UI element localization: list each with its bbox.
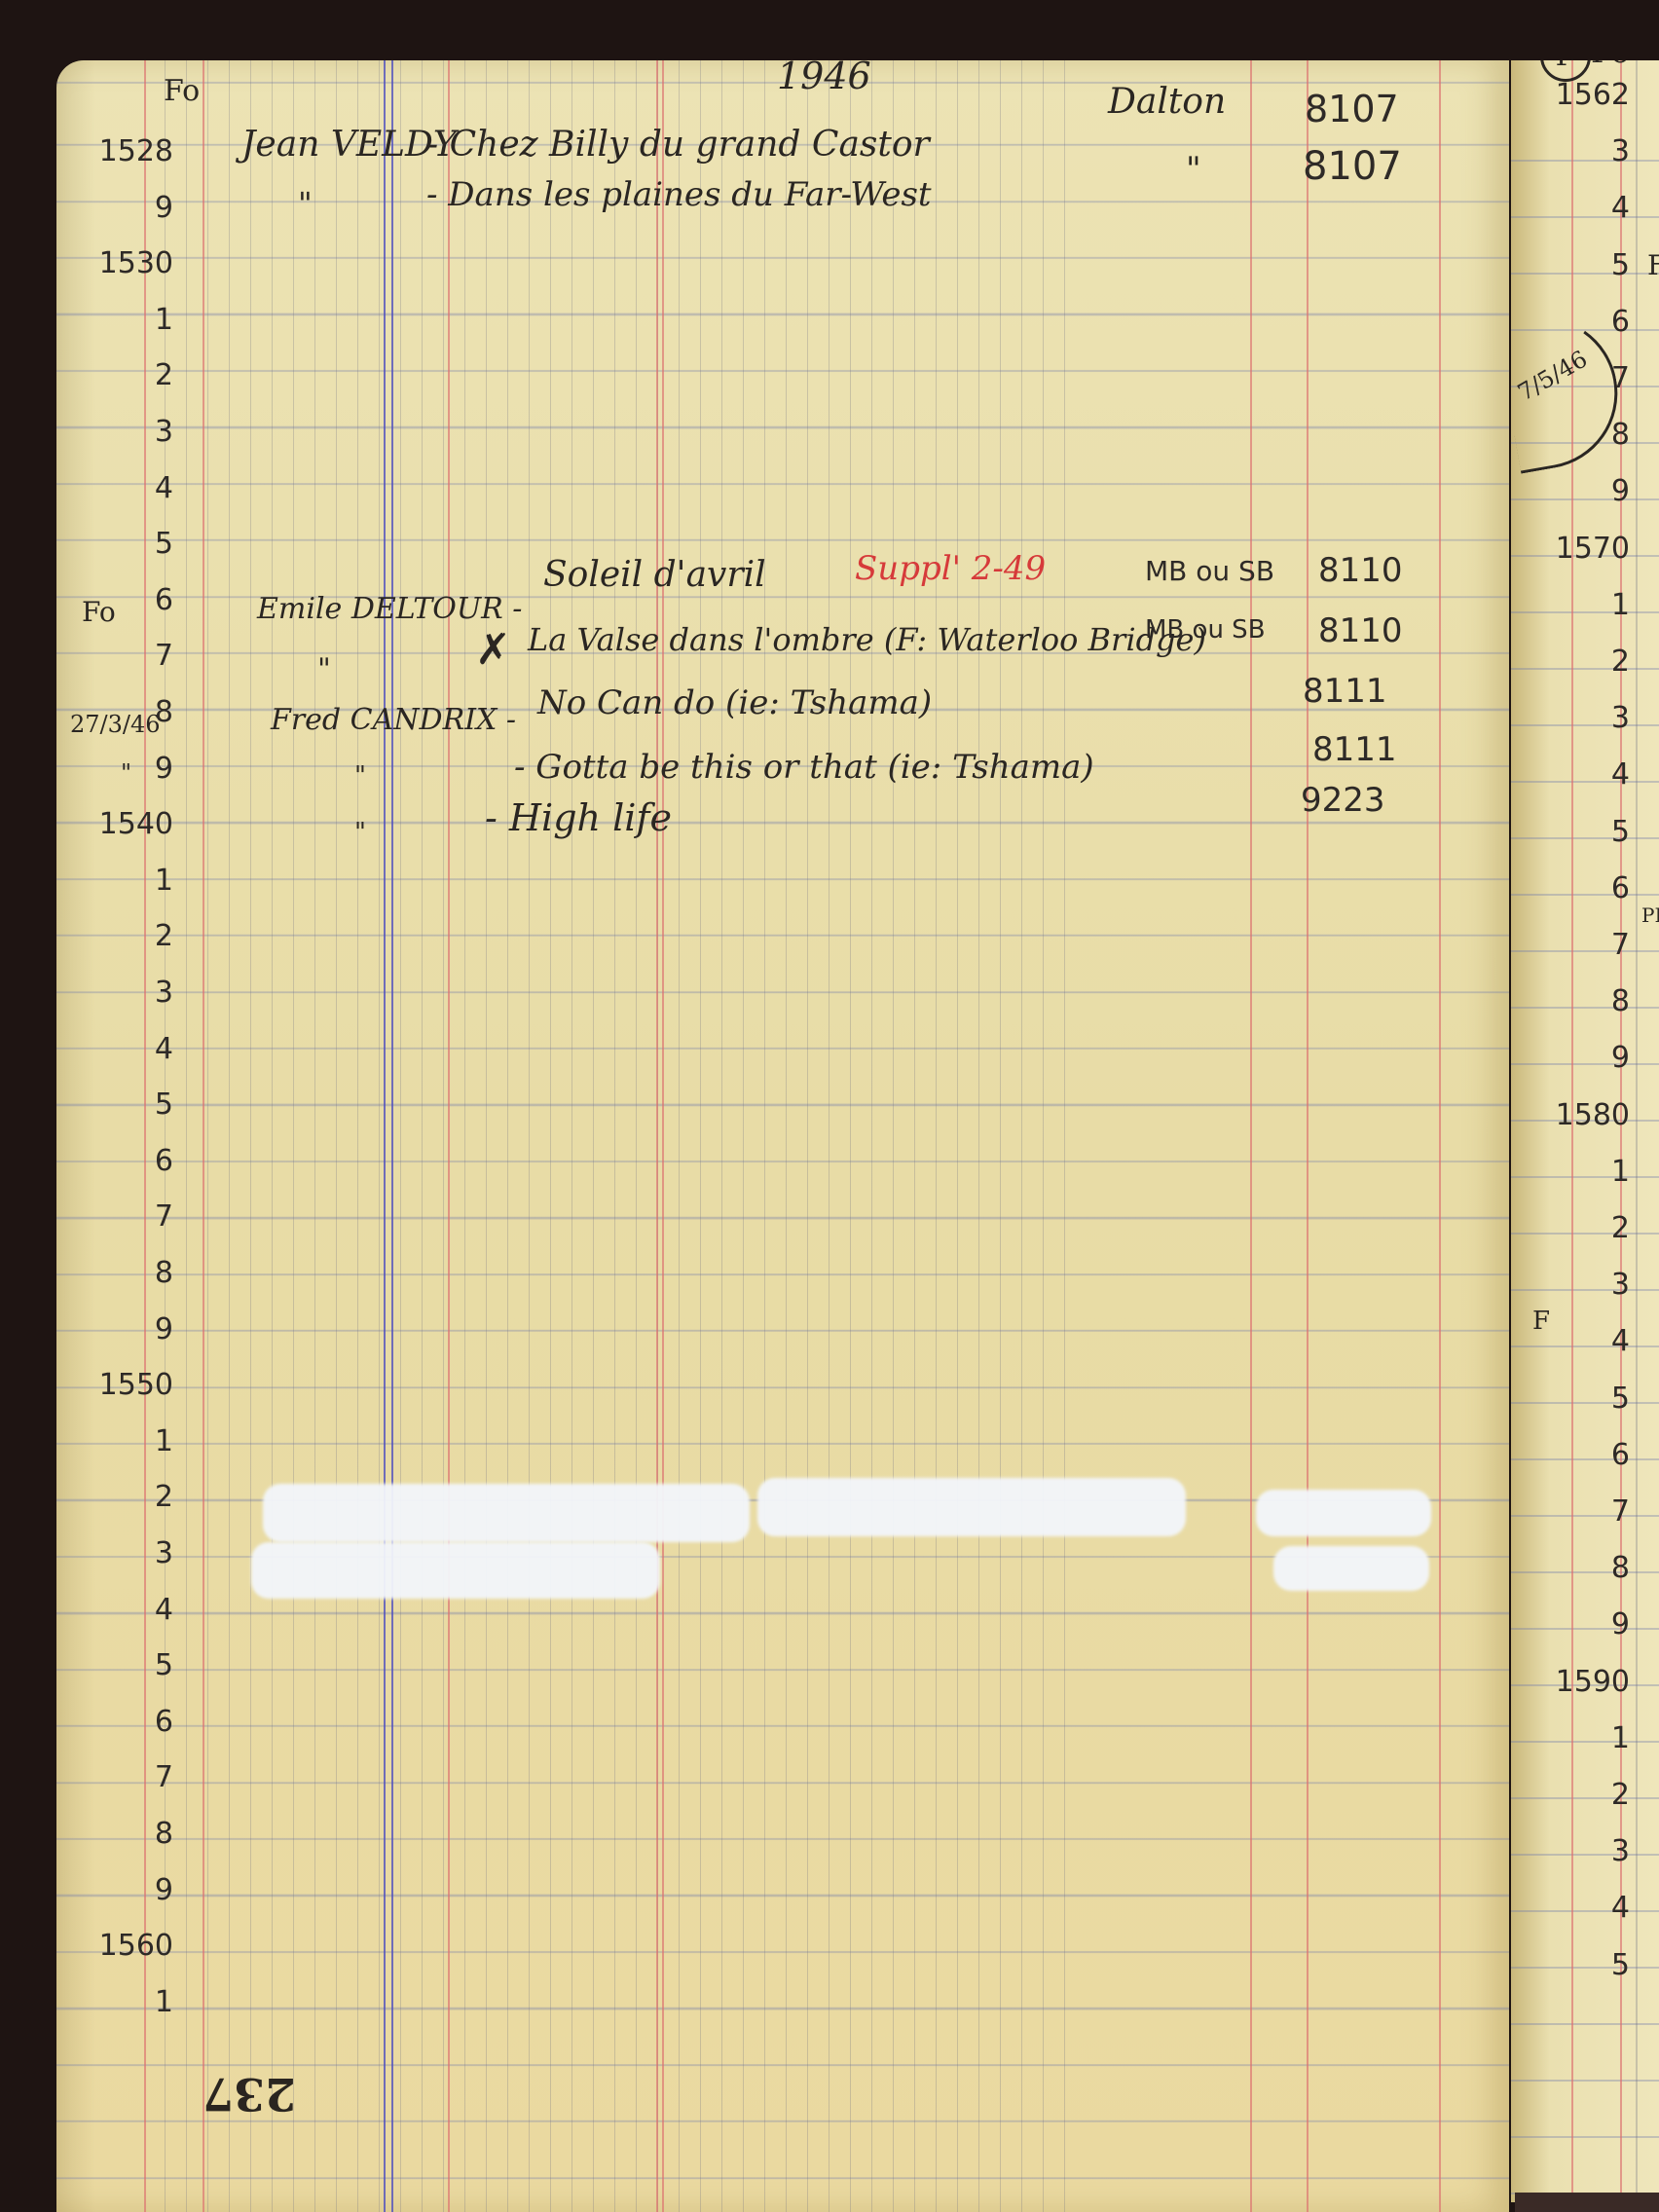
- entry-ref: 8111: [1303, 672, 1387, 711]
- entry-ref: 9223: [1301, 781, 1385, 820]
- row-number: 4: [86, 471, 173, 505]
- entry-author: ": [354, 818, 366, 847]
- row-number: 9: [1542, 474, 1630, 508]
- struck-fo-mark: Fo: [1591, 60, 1630, 70]
- entry-ref: 8111: [1312, 730, 1397, 769]
- column-rule: [662, 60, 664, 2212]
- row-number: 6: [1542, 1438, 1630, 1472]
- entry-publisher: MB ou SB: [1145, 555, 1274, 587]
- entry-publisher: Dalton: [1108, 82, 1226, 122]
- row-number: 5: [1542, 815, 1630, 849]
- row-number: 3: [1542, 1268, 1630, 1302]
- year-heading: 1946: [777, 60, 871, 97]
- column-rule-blue: [384, 60, 386, 2212]
- row-number: 4: [1542, 191, 1630, 225]
- correction-fluid-redaction: [251, 1542, 660, 1599]
- row-number: 7: [1542, 1494, 1630, 1529]
- left-ledger-page: Fo 1946 15289153012345678915401234567891…: [56, 60, 1509, 2212]
- entry-author: ": [354, 761, 366, 791]
- row-number: 6: [86, 1705, 173, 1739]
- row-number: 1560: [86, 1929, 173, 1963]
- row-number: 5: [86, 527, 173, 561]
- row-number: 4: [1542, 757, 1630, 792]
- row-number: 7: [1542, 361, 1630, 395]
- vertical-ruling: [144, 60, 1079, 2212]
- row-number: 1: [1542, 1155, 1630, 1189]
- row-number: 3: [86, 415, 173, 449]
- entry-publisher: MB ou SB: [1145, 615, 1266, 645]
- row-number: 2: [1542, 1211, 1630, 1245]
- row-number: 1570: [1542, 532, 1630, 566]
- row-number: 5: [1542, 1948, 1630, 1982]
- entry-ref: 8110: [1318, 611, 1403, 650]
- column-rule: [1307, 60, 1309, 2212]
- row-number: 6: [1542, 305, 1630, 339]
- row-number: 2: [1542, 645, 1630, 679]
- correction-fluid-redaction: [757, 1478, 1186, 1536]
- row-number: 3: [1542, 701, 1630, 735]
- correction-fluid-redaction: [1273, 1546, 1429, 1591]
- row-number: 6: [86, 1144, 173, 1178]
- entry-title: - Dans les plaines du Far-West: [426, 175, 932, 214]
- column-rule-blue: [391, 60, 393, 2212]
- row-number: 9: [86, 1873, 173, 1907]
- correction-fluid-redaction: [1256, 1490, 1431, 1536]
- row-number: 1: [86, 1424, 173, 1458]
- row-number: 8: [86, 1817, 173, 1851]
- row-number: 4: [86, 1593, 173, 1627]
- row-number: 1550: [86, 1368, 173, 1402]
- row-number: 3: [86, 1536, 173, 1570]
- entry-margin-note: Fo: [82, 596, 116, 628]
- row-number: 7: [86, 1760, 173, 1794]
- row-number: 8: [1542, 984, 1630, 1018]
- column-rule: [448, 60, 450, 2212]
- row-number: 5: [86, 1088, 173, 1122]
- row-number: 9: [86, 1312, 173, 1346]
- entry-title: - Chez Billy du grand Castor: [426, 125, 930, 165]
- row-number: 1: [1542, 588, 1630, 622]
- entry-author: Fred CANDRIX -: [271, 703, 516, 737]
- entry-title: Soleil d'avril: [543, 555, 766, 595]
- row-number: 9: [1542, 1041, 1630, 1075]
- row-number: 8: [1542, 418, 1630, 452]
- entry-publisher: ": [1186, 150, 1201, 189]
- right-ledger-page: F Fo 7/5/46 1562345678915701234567891580…: [1511, 60, 1659, 2202]
- row-number: 1590: [1542, 1665, 1630, 1699]
- row-number: 1: [86, 864, 173, 898]
- row-number: 1: [86, 303, 173, 337]
- row-number: 1530: [86, 246, 173, 280]
- row-number: 5: [86, 1648, 173, 1682]
- column-rule: [1250, 60, 1252, 2212]
- row-number: 4: [1542, 1324, 1630, 1358]
- correction-fluid-redaction: [263, 1484, 750, 1542]
- row-number: 3: [1542, 134, 1630, 168]
- row-number: 2: [86, 1480, 173, 1514]
- row-number: 1: [1542, 1721, 1630, 1755]
- margin-mark: F: [1647, 249, 1659, 281]
- entry-title: La Valse dans l'ombre (F: Waterloo Bridg…: [528, 621, 1206, 658]
- margin-rule: [203, 60, 204, 2212]
- row-number: 1: [86, 1985, 173, 2019]
- row-number: 3: [1542, 1834, 1630, 1868]
- entry-ref: 8107: [1305, 88, 1399, 130]
- entry-margin-note: ": [121, 759, 131, 787]
- row-number: 5: [1542, 248, 1630, 282]
- book-edge: [1515, 2193, 1659, 2212]
- row-number: 1562: [1542, 78, 1630, 112]
- row-number: 7: [86, 1199, 173, 1234]
- column-rule: [1439, 60, 1441, 2212]
- entry-ref: 8110: [1318, 551, 1403, 590]
- column-rule: [1636, 60, 1638, 2202]
- page-number-stamp: 237: [203, 2068, 296, 2120]
- entry-author: Emile DELTOUR -: [257, 592, 522, 626]
- row-number: 2: [86, 358, 173, 392]
- entry-author: ": [317, 652, 331, 686]
- entry-ref: 8107: [1303, 144, 1402, 189]
- entry-title: - Gotta be this or that (ie: Tshama): [514, 748, 1094, 787]
- margin-mark: PB: [1641, 903, 1659, 927]
- entry-author: Jean VELDY: [241, 125, 457, 165]
- entry-title: - High life: [485, 796, 672, 839]
- row-number: 5: [1542, 1382, 1630, 1416]
- check-mark-icon: ✗: [475, 625, 511, 675]
- row-number: 4: [86, 1032, 173, 1066]
- column-heading: Fo: [164, 74, 200, 108]
- row-number: 7: [1542, 928, 1630, 962]
- margin-mark: F: [1532, 1307, 1550, 1336]
- row-number: 1540: [86, 807, 173, 841]
- entry-date-note: 27/3/46: [70, 711, 161, 738]
- column-rule: [656, 60, 658, 2212]
- row-number: 9: [1542, 1607, 1630, 1641]
- row-number: 4: [1542, 1891, 1630, 1925]
- row-number: 1528: [86, 134, 173, 168]
- row-number: 1580: [1542, 1098, 1630, 1132]
- row-number: 2: [86, 919, 173, 953]
- row-number: 8: [86, 1256, 173, 1290]
- row-number: 2: [1542, 1778, 1630, 1812]
- row-number: 3: [86, 976, 173, 1010]
- row-number: 6: [1542, 871, 1630, 905]
- row-number: 7: [86, 639, 173, 673]
- entry-red-annotation: Suppl' 2-49: [855, 549, 1046, 588]
- row-number: 8: [1542, 1551, 1630, 1585]
- entry-title: No Can do (ie: Tshama): [537, 683, 932, 722]
- entry-author: ": [298, 185, 313, 222]
- row-number: 9: [86, 191, 173, 225]
